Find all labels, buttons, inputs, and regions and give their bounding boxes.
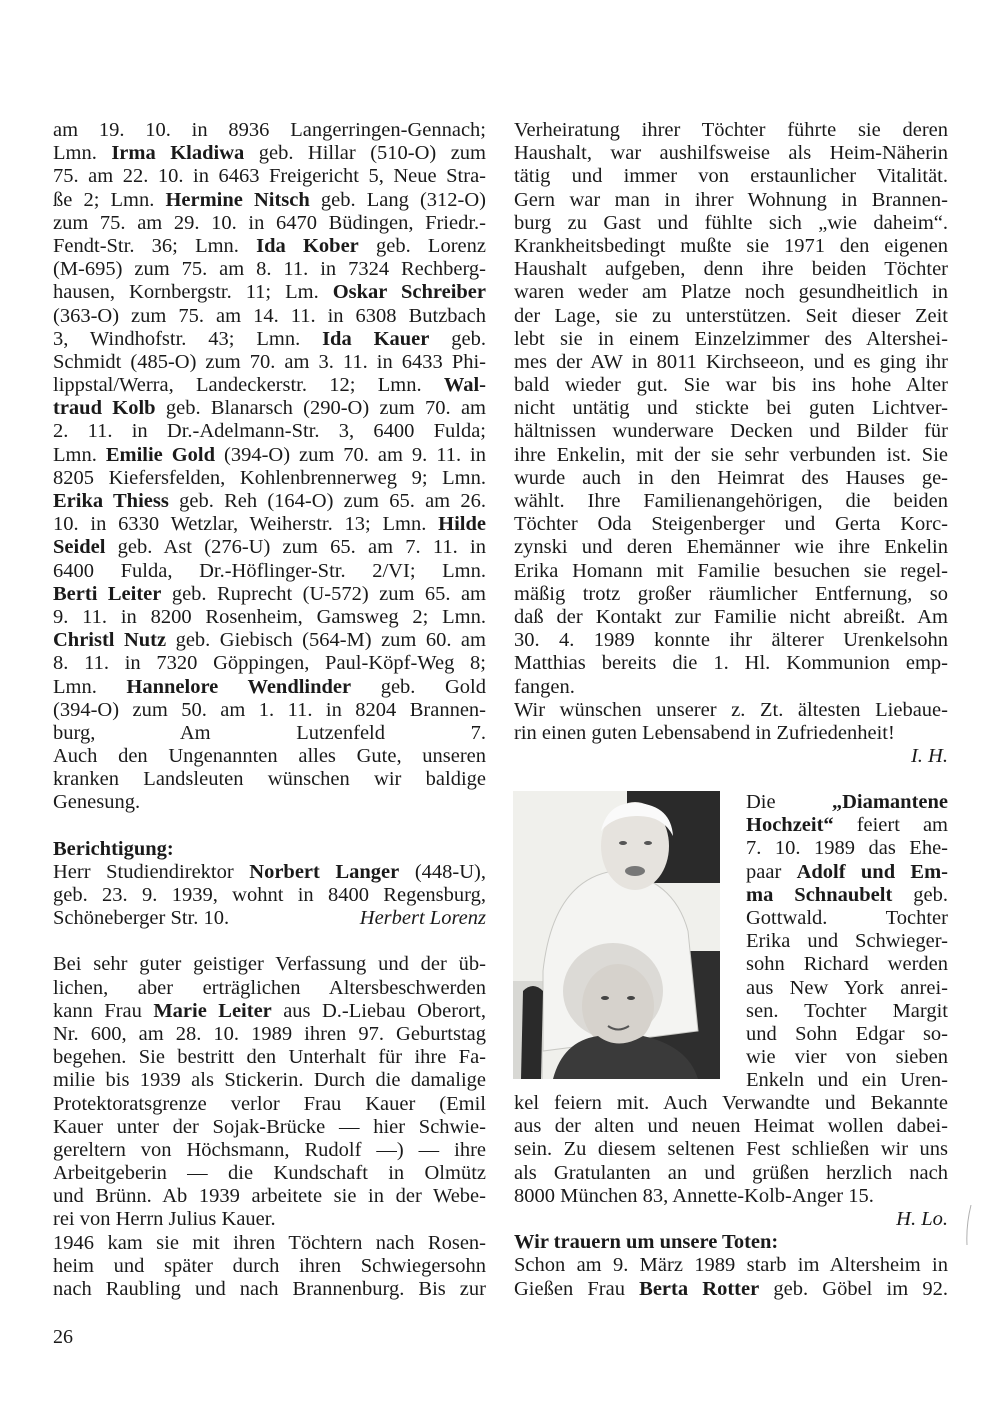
right-column: Verheiratung ihrer Töchter führte sie de…	[514, 119, 948, 768]
text-fragment: geb. Göbel im 92.	[759, 1278, 948, 1300]
text-line: Hochzeit“ feiert am	[746, 814, 948, 837]
author-signature: I. H.	[514, 745, 948, 768]
text-line: Enkeln und ein Uren-	[746, 1069, 948, 1092]
text-line: 2. 11. in Dr.-Adelmann-Str. 3, 6400 Fuld…	[53, 420, 486, 443]
person-name: Christl Nutz	[53, 629, 166, 651]
text-line: Seidel geb. Ast (276-U) zum 65. am 7. 11…	[53, 536, 486, 559]
text-line: 7. 10. 1989 das Ehe-	[746, 837, 948, 860]
text-line: sein. Zu diesem seltenen Fest schließen …	[514, 1138, 948, 1161]
text-line: geb. 23. 9. 1939, wohnt in 8400 Regensbu…	[53, 884, 486, 907]
text-line: begehen. Sie bestritt den Unterhalt für …	[53, 1046, 486, 1069]
signature-text: I. H.	[911, 745, 948, 767]
text-line: Schon am 9. März 1989 starb im Altershei…	[514, 1254, 948, 1277]
text-line: und Brünn. Ab 1939 arbeitete sie in der …	[53, 1185, 486, 1208]
text-line: kann Frau Marie Leiter aus D.-Liebau Obe…	[53, 1000, 486, 1023]
text-line: hältnissen wunderware Decken und Bilder …	[514, 420, 948, 443]
text-line: als Gratulanten an und grüßen herzlich n…	[514, 1162, 948, 1185]
text-line: Fendt-Str. 36; Lmn. Ida Kober geb. Loren…	[53, 235, 486, 258]
text-line: 10. in 6330 Wetzlar, Weiherstr. 13; Lmn.…	[53, 513, 486, 536]
person-name: Hermine Nitsch	[165, 189, 309, 211]
person-name: Irma Kladiwa	[111, 142, 244, 164]
text-line: rin einen guten Lebensabend in Zufrieden…	[514, 722, 948, 745]
text-line: kel feiern mit. Auch Verwandte und Bekan…	[514, 1092, 948, 1115]
text-line: 8000 München 83, Annette-Kolb-Anger 15.	[514, 1185, 948, 1208]
text-line: ße 2; Lmn. Hermine Nitsch geb. Lang (312…	[53, 189, 486, 212]
wishes-paragraph: Auch den Ungenannten alles Gute, unseren…	[53, 745, 486, 815]
text-line: (363-O) zum 75. am 14. 11. in 6308 Butzb…	[53, 305, 486, 328]
person-name: Hochzeit“	[746, 814, 834, 836]
person-name: Berti Leiter	[53, 583, 161, 605]
person-name: Seidel	[53, 536, 105, 558]
text-line: mäßig trotz großer räumlicher Entfernung…	[514, 583, 948, 606]
text-line: Protektoratsgrenze verlor Frau Kauer (Em…	[53, 1093, 486, 1116]
marie-leiter-article: Bei sehr guter geistiger Verfassung und …	[53, 953, 486, 1301]
text-line: rei von Herrn Julius Kauer.	[53, 1208, 486, 1231]
text-line: 8. 11. in 7320 Göppingen, Paul-Köpf-Weg …	[53, 652, 486, 675]
person-name: Hilde	[438, 513, 486, 535]
person-name: Erika Thiess	[53, 490, 169, 512]
text-line: aus der alten und neuen Heimat wollen da…	[514, 1115, 948, 1138]
text-line: kranken Landsleuten wünschen wir baldige	[53, 768, 486, 791]
correction-section: Berichtigung: Herr Studiendirektor Norbe…	[53, 838, 486, 931]
text-line: Die „Diamantene	[746, 791, 948, 814]
text-line: am 19. 10. in 8936 Langerringen-Gennach;	[53, 119, 486, 142]
text-line: der Lage, sie zu unterstützen. Seit dies…	[514, 305, 948, 328]
text-line: lippstal/Werra, Landeckerstr. 12; Lmn. W…	[53, 374, 486, 397]
text-line: burg, Am Lutzenfeld 7.	[53, 722, 486, 745]
text-line: Herr Studiendirektor Norbert Langer (448…	[53, 861, 486, 884]
text-line: Wir wünschen unserer z. Zt. ältesten Lie…	[514, 699, 948, 722]
person-name: Marie Leiter	[153, 1000, 271, 1022]
text-line: Arbeitgeberin — die Kundschaft in Olmütz	[53, 1162, 486, 1185]
text-line: Berti Leiter geb. Ruprecht (U-572) zum 6…	[53, 583, 486, 606]
text-line: wurde auch in den Heimrat des Hauses ge-	[514, 467, 948, 490]
wish-paragraph: Wir wünschen unserer z. Zt. ältesten Lie…	[514, 699, 948, 745]
text-line: waren weder am Platze noch gesundheitlic…	[514, 281, 948, 304]
text-line: Bei sehr guter geistiger Verfassung und …	[53, 953, 486, 976]
text-line: lebt sie in einem Einzelzimmer des Alter…	[514, 328, 948, 351]
text-line: aus New York anrei-	[746, 977, 948, 1000]
text-line: bald wieder gut. Sie war bis ins hohe Al…	[514, 374, 948, 397]
person-name: Berta Rotter	[639, 1278, 759, 1300]
text-line: Lmn. Irma Kladiwa geb. Hillar (510-O) zu…	[53, 142, 486, 165]
text-line: tätig und immer von erstaunlicher Vitali…	[514, 165, 948, 188]
couple-photo-image	[513, 791, 720, 1079]
text-line: sohn Richard werden	[746, 953, 948, 976]
marie-leiter-continuation: Verheiratung ihrer Töchter führte sie de…	[514, 119, 948, 676]
text-line: burg zu Gast und fühlte sich „wie daheim…	[514, 212, 948, 235]
text-line: lichen, aber erträglichen Altersbeschwer…	[53, 977, 486, 1000]
text-line: 9. 11. in 8200 Rosenheim, Gamsweg 2; Lmn…	[53, 606, 486, 629]
signature-text: H. Lo.	[896, 1208, 948, 1230]
text-line: Matthias bereits die 1. Hl. Kommunion em…	[514, 652, 948, 675]
text-line: 30. 4. 1989 konnte ihr älterer Urenkelso…	[514, 629, 948, 652]
text-line: Lmn. Hannelore Wendlinder geb. Gold	[53, 676, 486, 699]
correction-heading: Berichtigung:	[53, 838, 486, 861]
text-line: wie vier von sieben	[746, 1046, 948, 1069]
author-signature: Herbert Lorenz	[360, 907, 486, 930]
person-name: traud Kolb	[53, 397, 156, 419]
text-line: ihre Enkelin, mit der sie sehr verbunden…	[514, 444, 948, 467]
text-line: heim und später durch ihren Schwiegersoh…	[53, 1255, 486, 1278]
person-name: Emilie Gold	[106, 444, 215, 466]
text-line: Kauer unter der Sojak-Brücke — hier Schw…	[53, 1116, 486, 1139]
text-line: Gern war man in ihrer Wohnung in Brannen…	[514, 189, 948, 212]
text-line: nicht untätig und stickte bei guten Lich…	[514, 397, 948, 420]
text-line: mes der AW in 8011 Kirchseeon, und es gi…	[514, 351, 948, 374]
text-line: 8205 Kiefersfelden, Kohlenbrennerweg 9; …	[53, 467, 486, 490]
text-line: fangen.	[514, 676, 948, 699]
text-line: (M-695) zum 75. am 8. 11. in 7324 Rechbe…	[53, 258, 486, 281]
text-line: Christl Nutz geb. Giebisch (564-M) zum 6…	[53, 629, 486, 652]
text-line: zum 75. am 29. 10. in 6470 Büdingen, Fri…	[53, 212, 486, 235]
text-line: Krankheitsbedingt mußte sie 1971 den eig…	[514, 235, 948, 258]
text-line: (394-O) zum 50. am 1. 11. in 8204 Branne…	[53, 699, 486, 722]
text-line: ma Schnaubelt geb.	[746, 884, 948, 907]
text-line: Töchter Oda Steigenberger und Gerta Korc…	[514, 513, 948, 536]
text-line: Erika Thiess geb. Reh (164-O) zum 65. am…	[53, 490, 486, 513]
obituary-heading: Wir trauern um unsere Toten:	[514, 1231, 948, 1254]
correction-last-row: Schöneberger Str. 10. Herbert Lorenz	[53, 907, 486, 930]
text-line: zynski und deren Ehemänner wie ihre Enke…	[514, 536, 948, 559]
person-name: Wal-	[444, 374, 486, 396]
text-line: nach Raubling und nach Brannenburg. Bis …	[53, 1278, 486, 1301]
text-line: Schöneberger Str. 10.	[53, 907, 229, 930]
text-line: gereltern von Höchsmann, Rudolf —) — ihr…	[53, 1139, 486, 1162]
text-line: und Sohn Edgar so-	[746, 1023, 948, 1046]
person-name: Hannelore Wendlinder	[126, 676, 351, 698]
author-signature: H. Lo.	[514, 1208, 948, 1231]
text-line: wählt. Ihre Familienangehörigen, die bei…	[514, 490, 948, 513]
text-line: Auch den Ungenannten alles Gute, unseren	[53, 745, 486, 768]
person-name: „Diamantene	[832, 791, 948, 813]
scan-artifact-mark	[965, 1205, 973, 1245]
text-line: milie bis 1939 als Stickerin. Durch die …	[53, 1069, 486, 1092]
person-name: Norbert Langer	[249, 861, 399, 883]
text-line: Nr. 600, am 28. 10. 1989 ihren 97. Gebur…	[53, 1023, 486, 1046]
text-line: Erika und Schwieger-	[746, 930, 948, 953]
page-number: 26	[53, 1326, 73, 1349]
text-line: hausen, Kornbergstr. 11; Lm. Oskar Schre…	[53, 281, 486, 304]
text-line: Haushalt, war aushilfsweise als Heim-Näh…	[514, 142, 948, 165]
left-column: am 19. 10. in 8936 Langerringen-Gennach;…	[53, 119, 486, 1301]
text-line: Schmidt (485-O) zum 70. am 3. 11. in 643…	[53, 351, 486, 374]
text-line: Verheiratung ihrer Töchter führte sie de…	[514, 119, 948, 142]
text-line: 6400 Fulda, Dr.-Höflinger-Str. 2/VI; Lmn…	[53, 560, 486, 583]
text-line: paar Adolf und Em-	[746, 861, 948, 884]
birthday-list: am 19. 10. in 8936 Langerringen-Gennach;…	[53, 119, 486, 745]
text-line: sen. Tochter Margit	[746, 1000, 948, 1023]
text-line: Erika Homann mit Familie besuchen sie re…	[514, 560, 948, 583]
text-line: Haushalt aufgeben, denn ihre beiden Töch…	[514, 258, 948, 281]
person-name: Ida Kober	[256, 235, 359, 257]
text-line: daß der Kontakt zur Familie nicht abreiß…	[514, 606, 948, 629]
correction-body: Herr Studiendirektor Norbert Langer (448…	[53, 861, 486, 907]
diamond-wedding-continuation: kel feiern mit. Auch Verwandte und Bekan…	[514, 1092, 948, 1301]
text-line: traud Kolb geb. Blanarsch (290-O) zum 70…	[53, 397, 486, 420]
text-line: Genesung.	[53, 791, 486, 814]
text-line: 3, Windhofstr. 43; Lmn. Ida Kauer geb.	[53, 328, 486, 351]
text-line: 1946 kam sie mit ihren Töchtern nach Ros…	[53, 1232, 486, 1255]
person-name: Oskar Schreiber	[333, 281, 486, 303]
text-line: Lmn. Emilie Gold (394-O) zum 70. am 9. 1…	[53, 444, 486, 467]
person-name: ma Schnaubelt	[746, 884, 892, 906]
diamond-wedding-intro: Die „DiamanteneHochzeit“ feiert am7. 10.…	[746, 791, 948, 1092]
text-line: Gottwald. Tochter	[746, 907, 948, 930]
person-name: Ida Kauer	[322, 328, 429, 350]
text-line: 75. am 22. 10. in 6463 Freigericht 5, Ne…	[53, 165, 486, 188]
text-line: Gießen Frau Berta Rotter geb. Göbel im 9…	[514, 1278, 948, 1301]
couple-photo	[513, 791, 720, 1079]
text-fragment: Gießen Frau	[514, 1278, 639, 1300]
person-name: Adolf und Em-	[797, 861, 948, 883]
diamond-lines: kel feiern mit. Auch Verwandte und Bekan…	[514, 1092, 948, 1185]
